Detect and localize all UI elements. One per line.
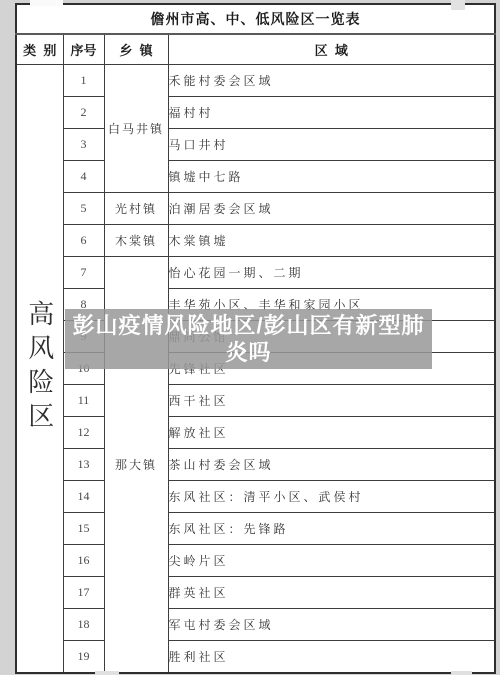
table-row: 高风险区1白马井镇禾能村委会区域	[16, 65, 495, 97]
table-title: 儋州市高、中、低风险区一览表	[16, 4, 495, 34]
row-index: 19	[63, 641, 104, 673]
region-cell: 胜利社区	[168, 641, 495, 673]
category-label: 高风险区	[27, 300, 53, 436]
row-index: 12	[63, 417, 104, 449]
region-cell: 西干社区	[168, 385, 495, 417]
row-index: 11	[63, 385, 104, 417]
row-index: 13	[63, 449, 104, 481]
township-cell: 木棠镇	[104, 225, 168, 257]
township-cell: 光村镇	[104, 193, 168, 225]
region-cell: 木棠镇墟	[168, 225, 495, 257]
row-index: 18	[63, 609, 104, 641]
region-cell: 泊潮居委会区域	[168, 193, 495, 225]
region-cell: 东风社区：清平小区、武侯村	[168, 481, 495, 513]
table-row: 13茶山村委会区域	[16, 449, 495, 481]
header-index: 序号	[63, 34, 104, 65]
page: 儋州市高、中、低风险区一览表 类 别 序号 乡 镇 区 域 高风险区1白马井镇禾…	[0, 0, 500, 675]
table-row: 17群英社区	[16, 577, 495, 609]
watermark-overlay: 彭山疫情风险地区/彭山区有新型肺 炎吗	[65, 309, 432, 369]
table-row: 11西干社区	[16, 385, 495, 417]
title-row: 儋州市高、中、低风险区一览表	[16, 4, 495, 34]
region-cell: 茶山村委会区域	[168, 449, 495, 481]
page-artifact	[451, 671, 472, 675]
table-row: 2福村村	[16, 97, 495, 129]
township-cell: 白马井镇	[104, 65, 168, 193]
region-cell: 镇墟中七路	[168, 161, 495, 193]
watermark-text-line2: 炎吗	[225, 339, 271, 366]
row-index: 17	[63, 577, 104, 609]
row-index: 16	[63, 545, 104, 577]
row-index: 3	[63, 129, 104, 161]
table-row: 3马口井村	[16, 129, 495, 161]
table-row: 12解放社区	[16, 417, 495, 449]
page-artifact	[30, 0, 63, 6]
row-index: 14	[63, 481, 104, 513]
header-region: 区 域	[168, 34, 495, 65]
page-artifact	[451, 0, 465, 10]
table-row: 18军屯村委会区域	[16, 609, 495, 641]
region-cell: 马口井村	[168, 129, 495, 161]
table-row: 4镇墟中七路	[16, 161, 495, 193]
header-row: 类 别 序号 乡 镇 区 域	[16, 34, 495, 65]
table-row: 6木棠镇木棠镇墟	[16, 225, 495, 257]
category-cell: 高风险区	[16, 65, 63, 673]
row-index: 6	[63, 225, 104, 257]
table-row: 16尖岭片区	[16, 545, 495, 577]
region-cell: 军屯村委会区域	[168, 609, 495, 641]
row-index: 2	[63, 97, 104, 129]
region-cell: 尖岭片区	[168, 545, 495, 577]
region-cell: 东风社区：先锋路	[168, 513, 495, 545]
table-row: 14东风社区：清平小区、武侯村	[16, 481, 495, 513]
table-row: 5光村镇泊潮居委会区域	[16, 193, 495, 225]
row-index: 7	[63, 257, 104, 289]
region-cell: 福村村	[168, 97, 495, 129]
row-index: 5	[63, 193, 104, 225]
table-row: 19胜利社区	[16, 641, 495, 673]
header-township: 乡 镇	[104, 34, 168, 65]
header-category: 类 别	[16, 34, 63, 65]
page-artifact	[95, 671, 119, 675]
region-cell: 怡心花园一期、二期	[168, 257, 495, 289]
row-index: 15	[63, 513, 104, 545]
row-index: 1	[63, 65, 104, 97]
region-cell: 禾能村委会区域	[168, 65, 495, 97]
region-cell: 解放社区	[168, 417, 495, 449]
row-index: 4	[63, 161, 104, 193]
watermark-text-line1: 彭山疫情风险地区/彭山区有新型肺	[72, 312, 424, 339]
region-cell: 群英社区	[168, 577, 495, 609]
table-row: 7那大镇怡心花园一期、二期	[16, 257, 495, 289]
table-row: 15东风社区：先锋路	[16, 513, 495, 545]
